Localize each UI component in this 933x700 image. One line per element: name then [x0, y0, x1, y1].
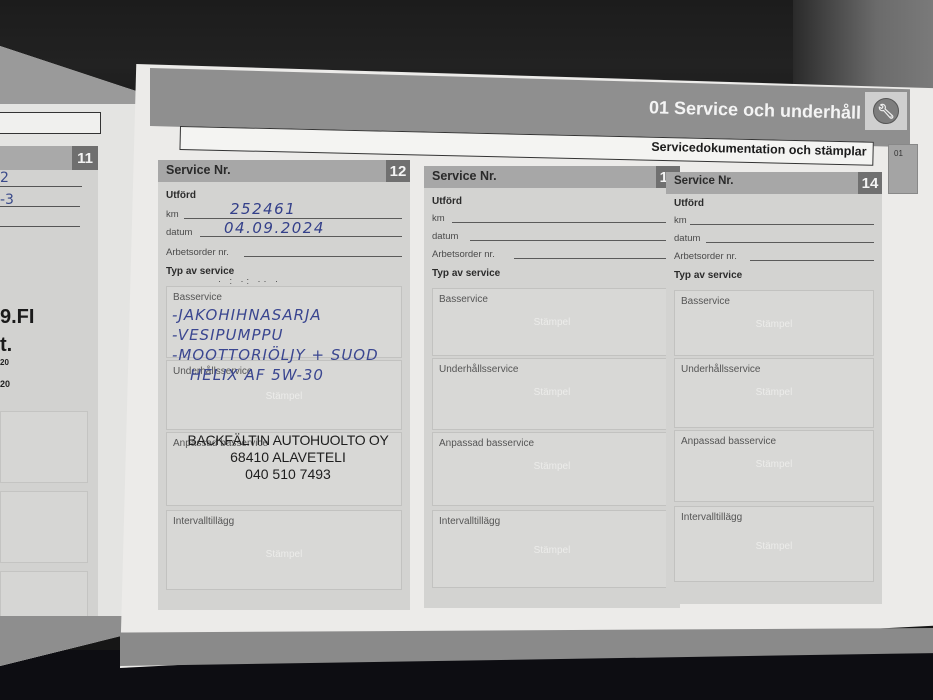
field-label: km	[432, 213, 445, 224]
section-label: Intervalltillägg	[439, 516, 500, 527]
card-title: Service Nr.	[432, 169, 497, 183]
field-line	[514, 258, 672, 259]
section-anpassad-basservice: Anpassad basservice Stämpel	[432, 432, 672, 506]
date-value: 04.09.2024	[224, 219, 325, 237]
field-label: datum	[674, 233, 700, 244]
field-label: km	[166, 209, 179, 220]
chapter-icon-box: 🔧︎	[865, 92, 907, 130]
section-label: Underhållsservice	[681, 364, 760, 375]
date-field[interactable]: datum	[432, 228, 672, 242]
date-field[interactable]: datum	[674, 230, 874, 244]
left-page-subtitle-box	[0, 112, 101, 134]
handwritten-note: -VESIPUMPPU	[172, 326, 284, 344]
section-underhallsservice: Underhållsservice Stämpel	[674, 358, 874, 428]
field-label: datum	[166, 227, 192, 238]
stamp-partial-name: t.	[0, 334, 12, 357]
section-basservice: Basservice Stämpel	[674, 290, 874, 356]
handwritten-note: HELIX AF 5W-30	[190, 366, 324, 384]
card-header: Service Nr. 13	[424, 166, 680, 188]
stamp-placeholder: Stämpel	[675, 459, 873, 470]
service-type-label: Typ av service	[432, 268, 500, 279]
section-label: Anpassad basservice	[439, 438, 534, 449]
field-label: Arbetsorder nr.	[432, 249, 495, 260]
section-anpassad-basservice: Anpassad basservice Stämpel	[674, 430, 874, 502]
work-order-field[interactable]: Arbetsorder nr.	[166, 244, 402, 258]
section-label: Basservice	[439, 294, 488, 305]
service-type-label: Typ av service	[674, 270, 742, 281]
field-line	[0, 226, 80, 227]
section-box	[0, 491, 88, 563]
handwritten-note: -JAKOHIHNASARJA	[172, 306, 322, 324]
section-label: Basservice	[681, 296, 730, 307]
section-label: Underhållsservice	[439, 364, 518, 375]
stamp-placeholder: Stämpel	[675, 387, 873, 398]
field-label: Arbetsorder nr.	[674, 251, 737, 262]
km-field[interactable]: km 252461	[166, 206, 402, 220]
card-number: 14	[858, 172, 882, 194]
card-title: Service Nr.	[674, 175, 733, 187]
work-order-field[interactable]: Arbetsorder nr.	[674, 248, 874, 262]
field-line	[470, 240, 672, 241]
section-intervalltillagg: Intervalltillägg Stämpel	[166, 510, 402, 590]
workshop-address: 68410 ALAVETELI	[166, 449, 410, 465]
field-line	[452, 222, 672, 223]
work-order-field[interactable]: Arbetsorder nr.	[432, 246, 672, 260]
section-label: Anpassad basservice	[681, 436, 776, 447]
stamp-placeholder: Stämpel	[433, 317, 671, 328]
field-line	[706, 242, 874, 243]
section-label: Intervalltillägg	[681, 512, 742, 523]
section-intervalltillagg: Intervalltillägg Stämpel	[432, 510, 672, 588]
card-number: 12	[386, 160, 410, 182]
field-label: datum	[432, 231, 458, 242]
service-card-11: 11 2 -3 9.FI t. 20 20	[0, 146, 98, 666]
stamp-partial-web: 9.FI	[0, 306, 34, 329]
stamp-placeholder: Stämpel	[675, 541, 873, 552]
card-title: Service Nr.	[166, 163, 231, 177]
workshop-stamp: BACKFÄLTIN AUTOHUOLTO OY 68410 ALAVETELI…	[166, 432, 410, 482]
workshop-name: BACKFÄLTIN AUTOHUOLTO OY	[166, 432, 410, 448]
performed-label: Utförd	[166, 190, 196, 201]
stamp-placeholder: Stämpel	[433, 387, 671, 398]
wrench-icon: 🔧︎	[873, 98, 899, 124]
handwritten-note: -MOOTTORIÖLJY + SUOD	[172, 346, 379, 364]
field-label: km	[674, 215, 687, 226]
workshop-phone: 040 510 7493	[166, 466, 410, 482]
field-line	[244, 256, 402, 257]
card-header: Service Nr. 12	[158, 160, 410, 182]
stamp-partial-line: 20	[0, 358, 9, 367]
card-number: 11	[72, 146, 98, 170]
side-tab-label: 01	[894, 149, 903, 158]
stamp-placeholder: Stämpel	[433, 461, 671, 472]
handwritten-km-partial: 2	[0, 170, 9, 186]
field-line	[0, 186, 82, 187]
chapter-side-tab: 01	[888, 144, 918, 194]
performed-label: Utförd	[432, 196, 462, 207]
card-header: 11	[0, 146, 98, 170]
section-box	[0, 411, 88, 483]
field-line	[0, 206, 80, 207]
stamp-placeholder: Stämpel	[167, 549, 401, 560]
km-field[interactable]: km	[432, 210, 672, 224]
performed-label: Utförd	[674, 198, 704, 209]
section-label: Basservice	[173, 292, 222, 303]
date-field[interactable]: datum 04.09.2024	[166, 224, 402, 238]
km-field[interactable]: km	[674, 212, 874, 226]
card-header: Service Nr. 14	[666, 172, 882, 194]
section-label: Intervalltillägg	[173, 516, 234, 527]
stamp-placeholder: Stämpel	[433, 545, 671, 556]
service-card-14: Service Nr. 14 Utförd km datum Arbetsord…	[666, 172, 882, 604]
field-label: Arbetsorder nr.	[166, 247, 229, 258]
km-value: 252461	[230, 200, 296, 218]
service-card-13: Service Nr. 13 Utförd km datum Arbetsord…	[424, 166, 680, 608]
stamp-placeholder: Stämpel	[675, 319, 873, 330]
page-subtitle: Servicedokumentation och stämplar	[651, 140, 867, 159]
section-underhallsservice: Underhållsservice Stämpel	[432, 358, 672, 430]
ink-marks: · : ·: ·· ·	[218, 276, 281, 286]
service-card-12: Service Nr. 12 Utförd km 252461 datum 04…	[158, 160, 410, 610]
stamp-placeholder: Stämpel	[167, 391, 401, 402]
section-intervalltillagg: Intervalltillägg Stämpel	[674, 506, 874, 582]
field-line	[750, 260, 874, 261]
stamp-partial-line: 20	[0, 379, 10, 389]
section-basservice: Basservice Stämpel	[432, 288, 672, 356]
field-line	[690, 224, 874, 225]
